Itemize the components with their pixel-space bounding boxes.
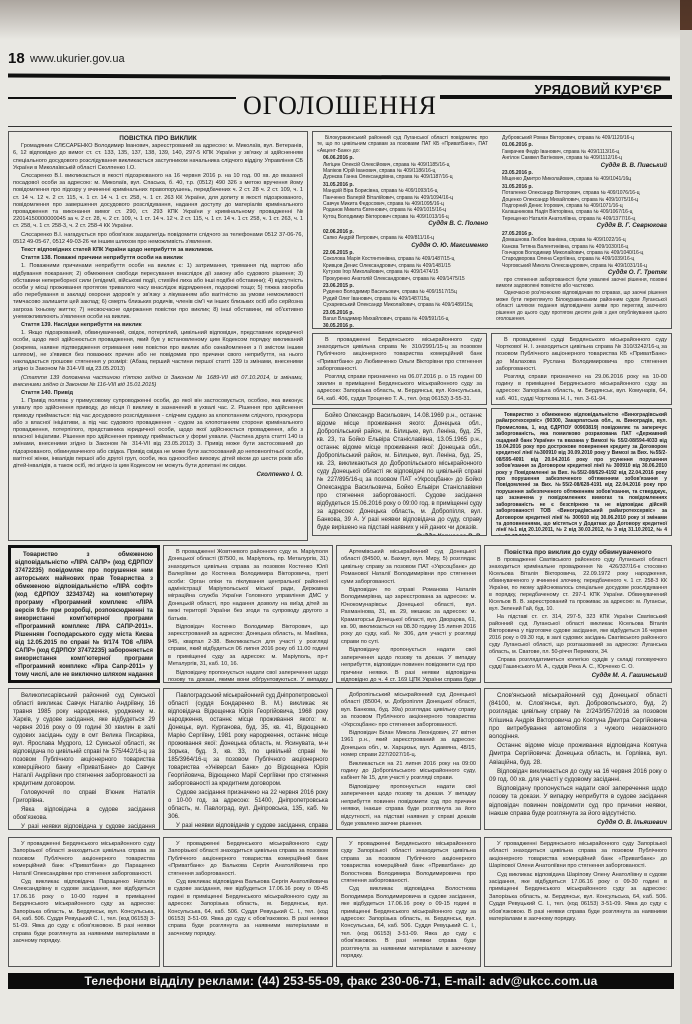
notice-lira-sapr: Товариство з обмеженою відповідальністю … — [8, 545, 160, 683]
notice-text: У провадженні Бердянського міськрайонног… — [168, 841, 328, 878]
notice-text: 1. Якщо підозрюваний, обвинувачений, сві… — [13, 330, 303, 373]
notice-berdyansk-valkov: У провадженні Бердянського міськрайонног… — [163, 837, 333, 967]
judge-signature: Суддя О. Ю. Максименко — [317, 243, 488, 249]
newspaper-page: 18 www.ukurier.gov.ua УРЯДОВИЙ КУР'ЄР ОГ… — [0, 0, 680, 1024]
notice-bilokurakyne: Білокуракинський районний суд Луганської… — [312, 131, 672, 329]
judge-signature: Суддя В. Г. Севрюкова — [496, 223, 667, 229]
notice-text: Суд викликає Любимченко Ольгу Вікторівну… — [317, 404, 482, 405]
notice-text: Бойко Олександр Васильович, 14.08.1969 р… — [317, 412, 482, 532]
notice-summons: ПОВІСТКА ПРО ВИКЛИК Громадянин СЛЄСАРЕНК… — [8, 131, 308, 541]
notice-text: Слєсаренко В.І. нагадується про обов'язо… — [13, 232, 303, 246]
judge-signature: Сколпенко І. О. — [13, 471, 303, 478]
notice-text: 1. Привід полягає у примусовому супровод… — [13, 398, 303, 470]
notice-text: В провадженні Сватівського районного суд… — [489, 557, 667, 613]
notice-text: Павлоградський міськрайонний суд Дніпроп… — [168, 692, 328, 788]
case-item: Сухаревський Олександр Миколайович, спра… — [323, 302, 488, 308]
judge-signature: Суддя Мавроді Р. Ф. — [341, 829, 476, 830]
notice-text: Добропільський міськрайонний суд Донецьк… — [341, 692, 476, 729]
notice-berdyansk-lyubymchenko: В провадженні Бердянського міськрайонног… — [312, 333, 487, 405]
notice-text: У провадженні Бердянського міськрайонног… — [13, 841, 155, 878]
notice-text: Розгляд справи призначено на 06.07.2016 … — [317, 374, 482, 403]
article-heading: Стаття 139. Наслідки неприбуття на викли… — [13, 322, 303, 329]
notice-velykopysarivka: Великописарівський районний суд Сумської… — [8, 688, 160, 830]
notice-text: Відповідач по справі Романова Наталія Во… — [341, 587, 476, 646]
judge-signature: Суддя М. А. Гашинський — [489, 672, 667, 679]
notice-berdyansk-sharipova: У провадженні Бердянського міськрайонног… — [484, 837, 672, 967]
notice-text: Суд викликає як відповідача Малахова Рус… — [496, 404, 667, 405]
date-label: 30.05.2016 р. — [323, 323, 488, 329]
bilokurakyne-col-right: Дубровський Роман Вікторович, справа № 4… — [496, 135, 667, 329]
notice-text: Останнє відоме місце проживання відповід… — [489, 742, 667, 767]
article-heading: Стаття 140. Привід — [13, 390, 303, 397]
article-heading: Стаття 138. Поважні причини неприбуття о… — [13, 255, 303, 262]
notice-text: Артемівський міськрайонний суд Донецької… — [341, 549, 476, 586]
notice-artemivsk: Артемівський міськрайонний суд Донецької… — [336, 545, 481, 683]
notice-text: Текст відповідних статей КПК України щод… — [13, 247, 303, 254]
bilokurakyne-col-left: Білокуракинський районний суд Луганської… — [317, 135, 488, 329]
case-item: Вагал Владимир Михайлович, справа № 409/… — [323, 316, 488, 322]
notice-title: ПОВІСТКА ПРО ВИКЛИК — [13, 135, 303, 142]
notice-text: Відповідачу пропонується надати свої зап… — [168, 670, 328, 684]
title-underline — [8, 126, 672, 127]
case-item: Ангілон Самвел Ватінович, справа № 409/1… — [502, 155, 667, 161]
section-title: ОГОЛОШЕННЯ — [0, 91, 680, 121]
notice-text: Судове засідання призначено на 22 червня… — [168, 789, 328, 821]
notice-text: Викликається на 21 липня 2016 року на 09… — [341, 761, 476, 783]
notice-text: Білокуракинський районний суд Луганської… — [317, 135, 488, 154]
notice-pavlohrad: Павлоградський міськрайонний суд Дніпроп… — [163, 688, 333, 830]
notice-berdyansk-malakhov: В провадженні судді Бердянського міськра… — [491, 333, 672, 405]
notice-text: На підставі ст. ст. 314, 297-5, 323 КПК … — [489, 614, 667, 656]
notice-text: Товариство з обмеженою відповідальністю … — [496, 412, 667, 536]
notice-text: Громадянин СЛЄСАРЕНКО Володимир Іванович… — [13, 143, 303, 172]
page-number: 18 — [8, 50, 25, 67]
notice-text: Товариство з обмеженою відповідальністю … — [15, 551, 153, 683]
notice-berdyansk-volostnov: У провадженні Бердянського міськрайонног… — [336, 837, 481, 967]
notice-text: У провадженні Бердянського міськрайонног… — [489, 841, 667, 871]
notice-text: Суд викликає відповідача Валькова Сергія… — [168, 879, 328, 938]
notice-text: Розгляд справи призначено на 29.06.2016 … — [496, 374, 667, 403]
notice-text: про стягнення заборгованості були ухвале… — [496, 277, 667, 290]
notice-text: Суд викликає відповідача Паращенко Натал… — [13, 879, 155, 946]
notice-title: Повістка про виклик до суду обвинувачено… — [489, 549, 667, 556]
notice-text: Відповідачу пропонується надати свої зап… — [341, 784, 476, 828]
notice-text: Справа розглядатиметься колегією суддів … — [489, 657, 667, 671]
notice-text: 1. Поважними причинами неприбуття особи … — [13, 263, 303, 321]
case-item: Дурнєва Ганна Олександрівна, справа № 40… — [323, 174, 488, 180]
notice-text: (Стаття 139 доповнена частиною п'ятою зг… — [13, 375, 303, 389]
notice-text: Одночасно роз'яснюємо відповідачам по сп… — [496, 290, 667, 322]
notice-text: Відповідачу пропонується надати свої зап… — [489, 785, 667, 818]
case-item: Прокуренко Анатолій Олександрович, справ… — [323, 276, 488, 282]
notice-text: Явка відповідача в судове засідання обов… — [13, 806, 155, 822]
notice-text: Слов'янський міськрайонний суд Донецької… — [489, 692, 667, 741]
notice-text: Відповідач Костенко Володимир Вікторович… — [168, 624, 328, 668]
header-rule — [8, 74, 670, 81]
notice-text: У разі неявки відповідачів у судове засі… — [168, 822, 328, 830]
notice-text: Головуючий по справі В'юник Наталія Григ… — [13, 789, 155, 805]
notice-text: Слєсаренко В.І. викликається в якості пі… — [13, 173, 303, 231]
notice-text: Великописарівський районний суд Сумської… — [13, 692, 155, 788]
notice-sloviansk: Слов'янський міськрайонний суд Донецької… — [484, 688, 672, 830]
notice-text: В провадженні Бердянського міськрайонног… — [317, 337, 482, 373]
notice-dobropillia: Добропільський міськрайонний суд Донецьк… — [336, 688, 481, 830]
website-url: www.ukurier.gov.ua — [30, 53, 125, 65]
case-item: Дубровський Роман Вікторович, справа № 4… — [502, 135, 667, 141]
notice-berdyansk-parashchenko: У провадженні Бердянського міськрайонног… — [8, 837, 160, 967]
advertising-contacts-bar: Телефони відділу реклами: (44) 253-55-09… — [8, 973, 674, 989]
notice-text: Відповідач викликається до суду на 16 че… — [489, 768, 667, 784]
notice-mariupol: В провадженні Жовтневого районного суду … — [163, 545, 333, 683]
notice-text: В провадженні судді Бердянського міськра… — [496, 337, 667, 373]
top-shadow — [0, 0, 692, 40]
case-item: Міщенко Дмитро Миколайович, справа № 409… — [502, 176, 667, 182]
notice-svatove: Повістка про виклик до суду обвинувачено… — [484, 545, 672, 683]
notice-boiko: Бойко Олександр Васильович, 14.08.1969 р… — [312, 408, 487, 536]
notice-text: У провадженні Бердянського міськрайонног… — [341, 841, 476, 885]
notice-text: Суд викликає відповідача Шаріпову Олену … — [489, 872, 667, 924]
notice-text: В провадженні Жовтневого районного суду … — [168, 549, 328, 623]
notice-text: Суд викликає відповідача Волостнова Воло… — [341, 886, 476, 960]
judge-signature: Суддя В. С. Полено — [317, 221, 488, 227]
notice-text: Відповідач Білан Микола Леонідович, 27 к… — [341, 730, 476, 760]
notice-text: У разі неявки відповідача у судове засід… — [13, 823, 155, 830]
case-item: Сапко Андрій Петрович, справа № 409/811/… — [323, 235, 488, 241]
judge-signature: Суддя О. В. Ільяшевич — [489, 819, 667, 827]
judge-signature: Суддя В. В. Пивський — [496, 163, 667, 169]
notice-vinogradiv: Товариство з обмеженою відповідальністю … — [491, 408, 672, 536]
paper-edge — [680, 30, 692, 1024]
judge-signature: Суддя Корнєєва В. В. — [317, 533, 482, 536]
notice-text: Відповідачу пропонується надати свої зап… — [341, 647, 476, 683]
